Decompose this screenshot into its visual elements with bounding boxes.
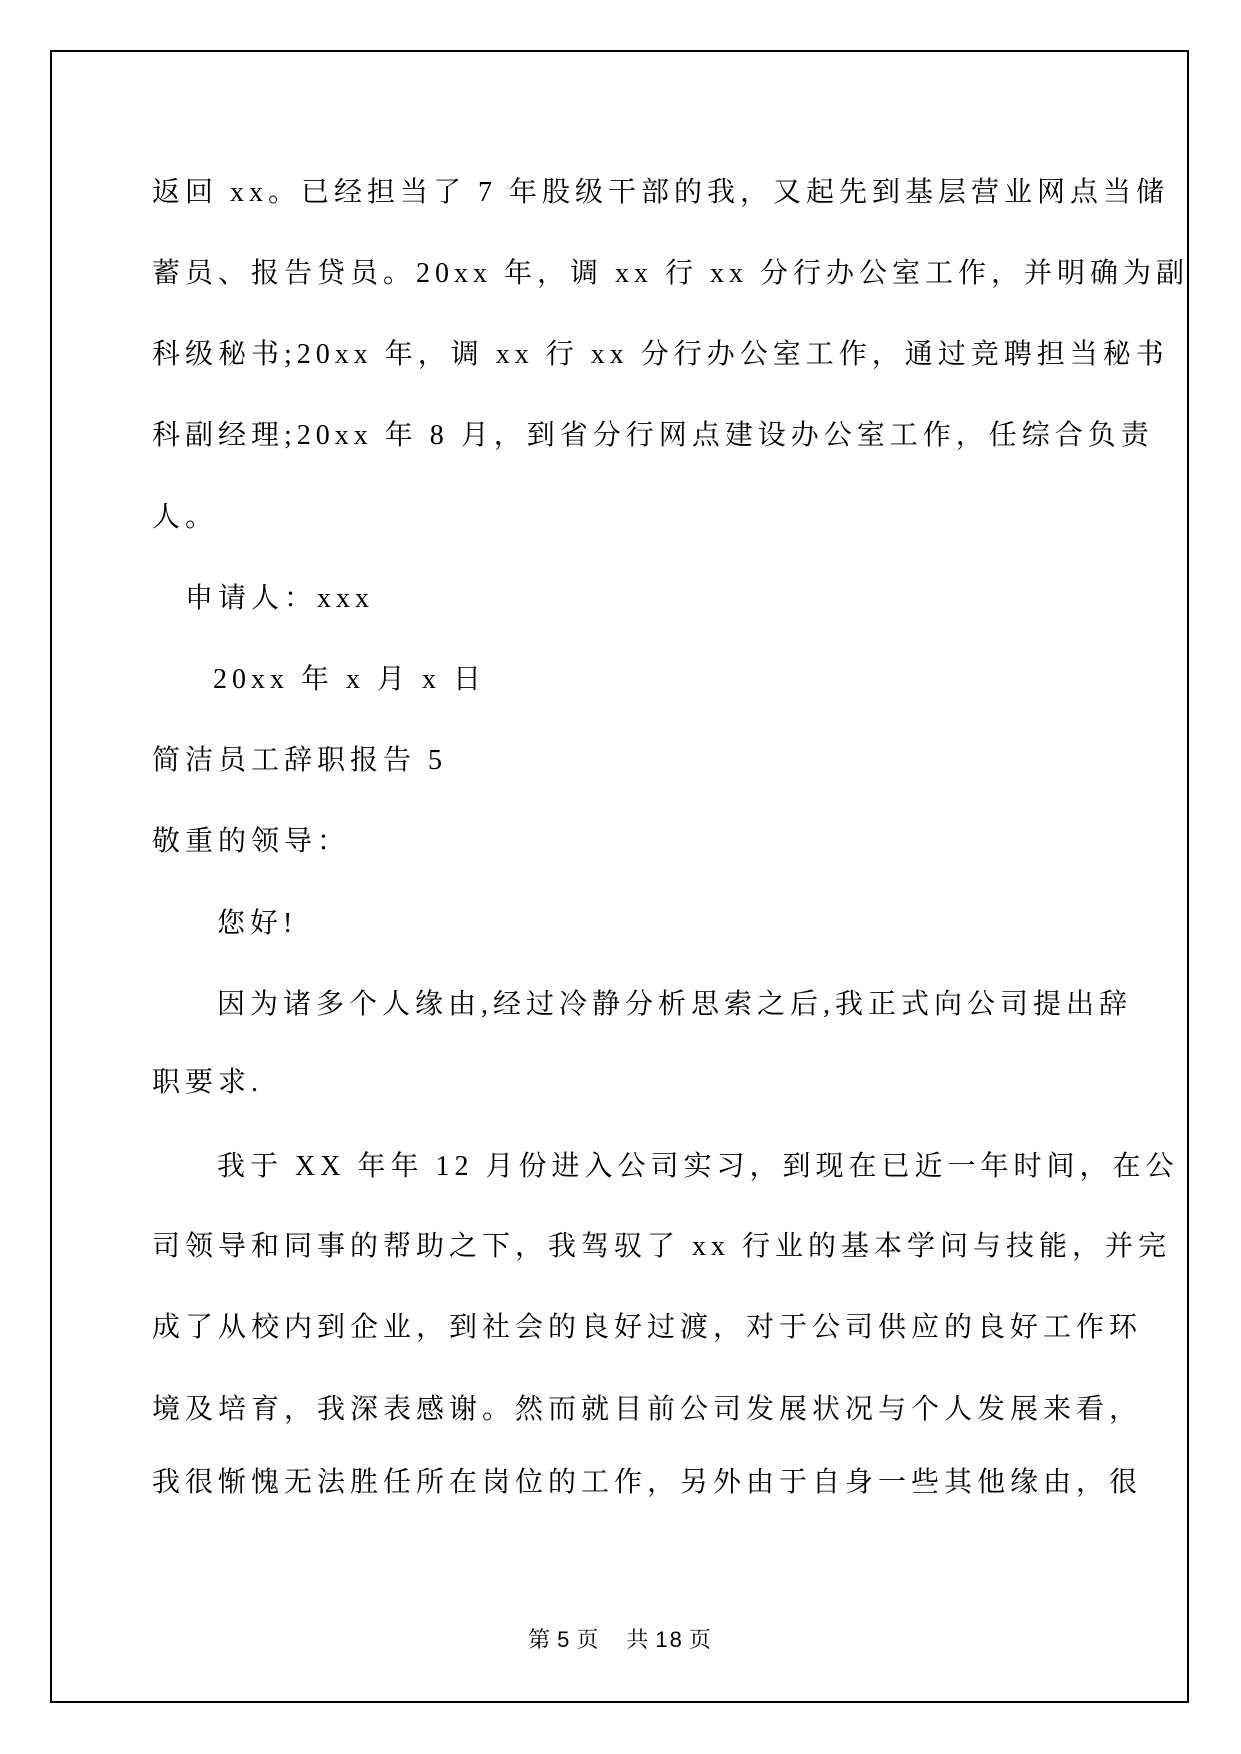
body-line: 我很惭愧无法胜任所在岗位的工作，另外由于自身一些其他缘由，很	[152, 1463, 1142, 1503]
body-line: 蓄员、报告贷员。20xx 年，调 xx 行 xx 分行办公室工作，并明确为副	[152, 254, 1142, 294]
body-line: 因为诸多个人缘由,经过冷静分析思索之后,我正式向公司提出辞	[152, 985, 1142, 1025]
salutation-line: 敬重的领导：	[152, 822, 1142, 862]
signature-line: 申请人：xxx	[152, 579, 1142, 619]
section-heading: 简洁员工辞职报告 5	[152, 741, 1142, 781]
footer-total-label: 页	[689, 1627, 713, 1652]
page-footer: 第5页共18页	[0, 1625, 1241, 1655]
page-border	[50, 50, 1189, 1703]
footer-page-label: 页	[576, 1627, 600, 1652]
footer-total-number: 18	[655, 1627, 683, 1652]
body-line: 境及培育，我深表感谢。然而就目前公司发展状况与个人发展来看，	[152, 1390, 1142, 1430]
date-line: 20xx 年 x 月 x 日	[152, 660, 1142, 700]
body-line: 职要求.	[152, 1063, 1142, 1103]
footer-total-prefix: 共	[626, 1627, 650, 1652]
body-line: 我于 XX 年年 12 月份进入公司实习，到现在已近一年时间，在公	[152, 1147, 1142, 1187]
footer-page-prefix: 第	[528, 1627, 552, 1652]
body-line: 返回 xx。已经担当了 7 年股级干部的我，又起先到基层营业网点当储	[152, 173, 1142, 213]
body-line: 成了从校内到企业，到社会的良好过渡，对于公司供应的良好工作环	[152, 1308, 1142, 1348]
body-line: 司领导和同事的帮助之下，我驾驭了 xx 行业的基本学问与技能，并完	[152, 1227, 1142, 1267]
body-line: 您好!	[152, 904, 1142, 944]
document-page: 返回 xx。已经担当了 7 年股级干部的我，又起先到基层营业网点当储 蓄员、报告…	[0, 0, 1241, 1754]
body-line: 科副经理;20xx 年 8 月，到省分行网点建设办公室工作，任综合负责	[152, 416, 1142, 456]
body-line: 科级秘书;20xx 年，调 xx 行 xx 分行办公室工作，通过竞聘担当秘书	[152, 335, 1142, 375]
body-line: 人。	[152, 498, 1142, 538]
footer-page-number: 5	[557, 1627, 571, 1652]
